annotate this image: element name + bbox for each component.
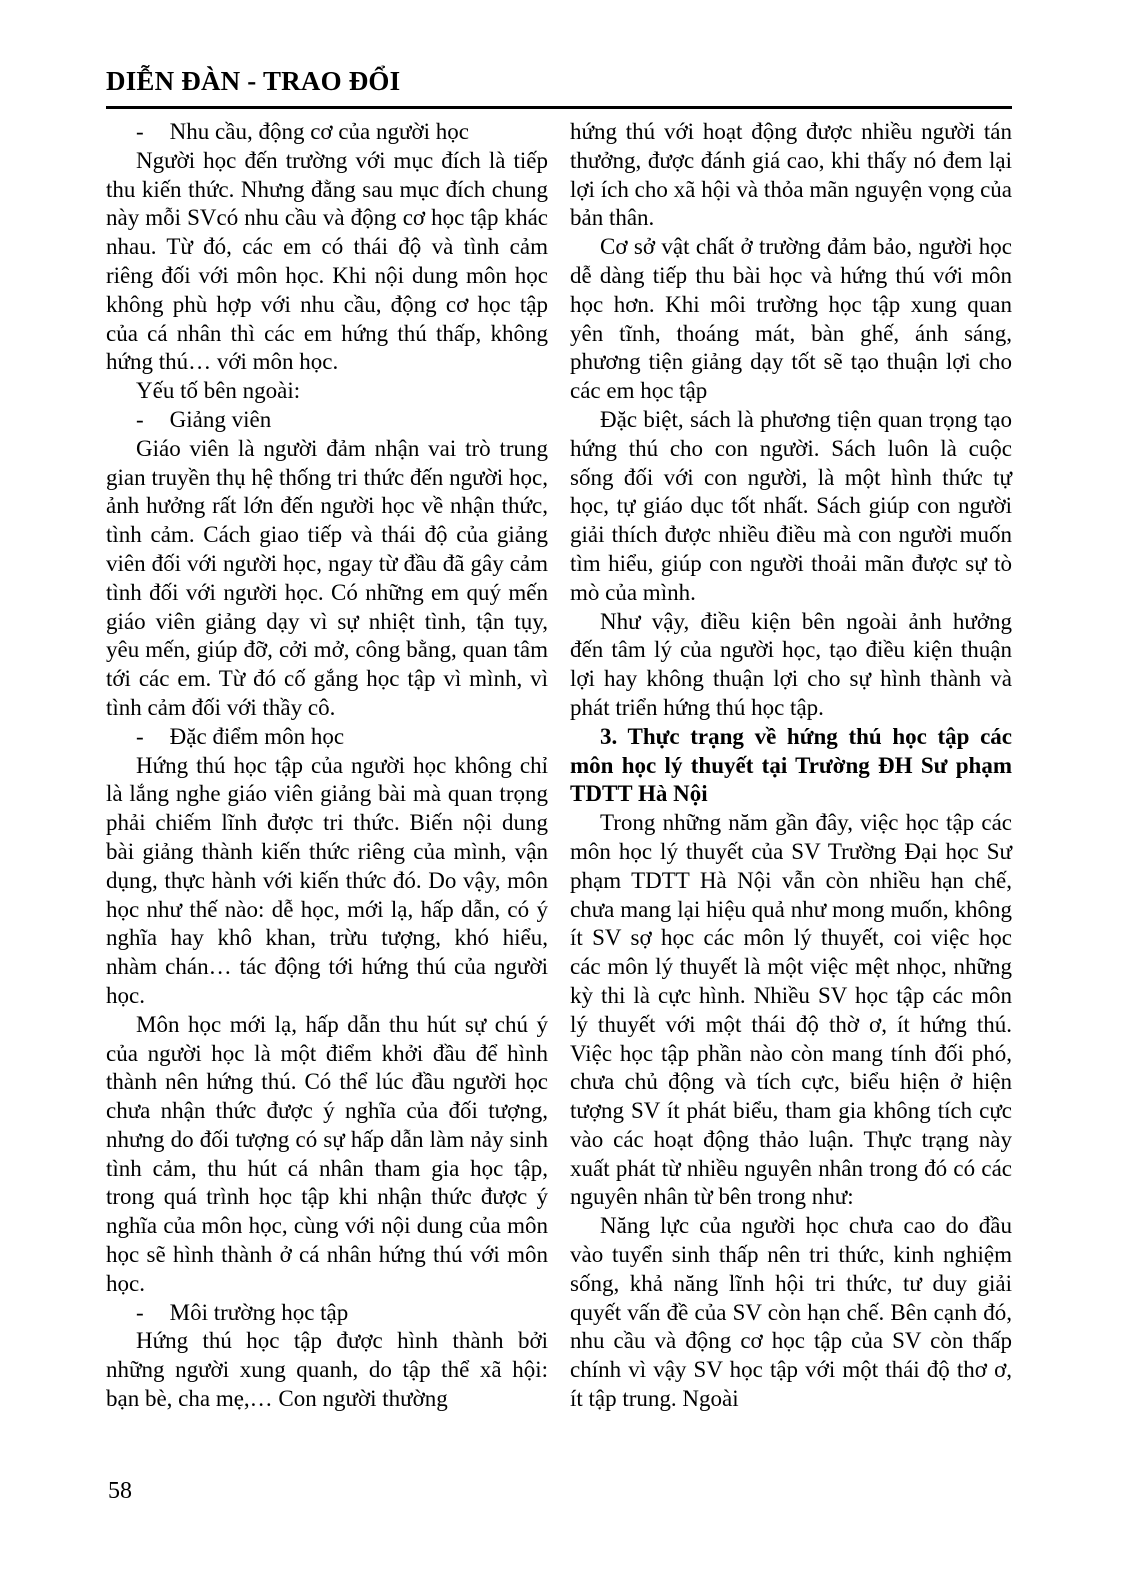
bullet-label: Môi trường học tập	[170, 1300, 349, 1325]
journal-page: DIỄN ĐÀN - TRAO ĐỔI -Nhu cầu, động cơ củ…	[0, 0, 1122, 1594]
bullet-label: Giảng viên	[170, 407, 272, 432]
paragraph-continuation: hứng thú với hoạt động được nhiều người …	[570, 118, 1012, 233]
paragraph: Hứng thú học tập được hình thành bởi nhữ…	[106, 1327, 548, 1413]
page-header: DIỄN ĐÀN - TRAO ĐỔI	[106, 66, 1012, 109]
left-column: -Nhu cầu, động cơ của người họcNgười học…	[106, 118, 548, 1414]
header-divider	[106, 106, 1012, 109]
bullet-dash: -	[136, 407, 144, 432]
paragraph: Người học đến trường với mục đích là tiế…	[106, 147, 548, 377]
bullet-dash: -	[136, 724, 144, 749]
bullet-item: -Môi trường học tập	[106, 1299, 548, 1328]
paragraph: Trong những năm gần đây, việc học tập cá…	[570, 809, 1012, 1212]
bullet-label: Nhu cầu, động cơ của người học	[170, 119, 469, 144]
section-header-title: DIỄN ĐÀN - TRAO ĐỔI	[106, 66, 1012, 97]
bullet-item: -Giảng viên	[106, 406, 548, 435]
paragraph: Cơ sở vật chất ở trường đảm bảo, người h…	[570, 233, 1012, 406]
paragraph: Hứng thú học tập của người học không chỉ…	[106, 752, 548, 1011]
bullet-item: -Nhu cầu, động cơ của người học	[106, 118, 548, 147]
bullet-item: -Đặc điểm môn học	[106, 723, 548, 752]
bullet-dash: -	[136, 119, 144, 144]
page-number: 58	[108, 1478, 132, 1505]
section-heading: 3. Thực trạng về hứng thú học tập các mô…	[570, 723, 1012, 809]
right-column: hứng thú với hoạt động được nhiều người …	[570, 118, 1012, 1414]
two-column-text-body: -Nhu cầu, động cơ của người họcNgười học…	[106, 118, 1012, 1414]
paragraph: Như vậy, điều kiện bên ngoài ảnh hưởng đ…	[570, 608, 1012, 723]
paragraph: Đặc biệt, sách là phương tiện quan trọng…	[570, 406, 1012, 608]
paragraph: Giáo viên là người đảm nhận vai trò trun…	[106, 435, 548, 723]
paragraph: Năng lực của người học chưa cao do đầu v…	[570, 1212, 1012, 1414]
paragraph: Môn học mới lạ, hấp dẫn thu hút sự chú ý…	[106, 1011, 548, 1299]
bullet-label: Đặc điểm môn học	[170, 724, 344, 749]
bullet-dash: -	[136, 1300, 144, 1325]
paragraph: Yếu tố bên ngoài:	[106, 377, 548, 406]
